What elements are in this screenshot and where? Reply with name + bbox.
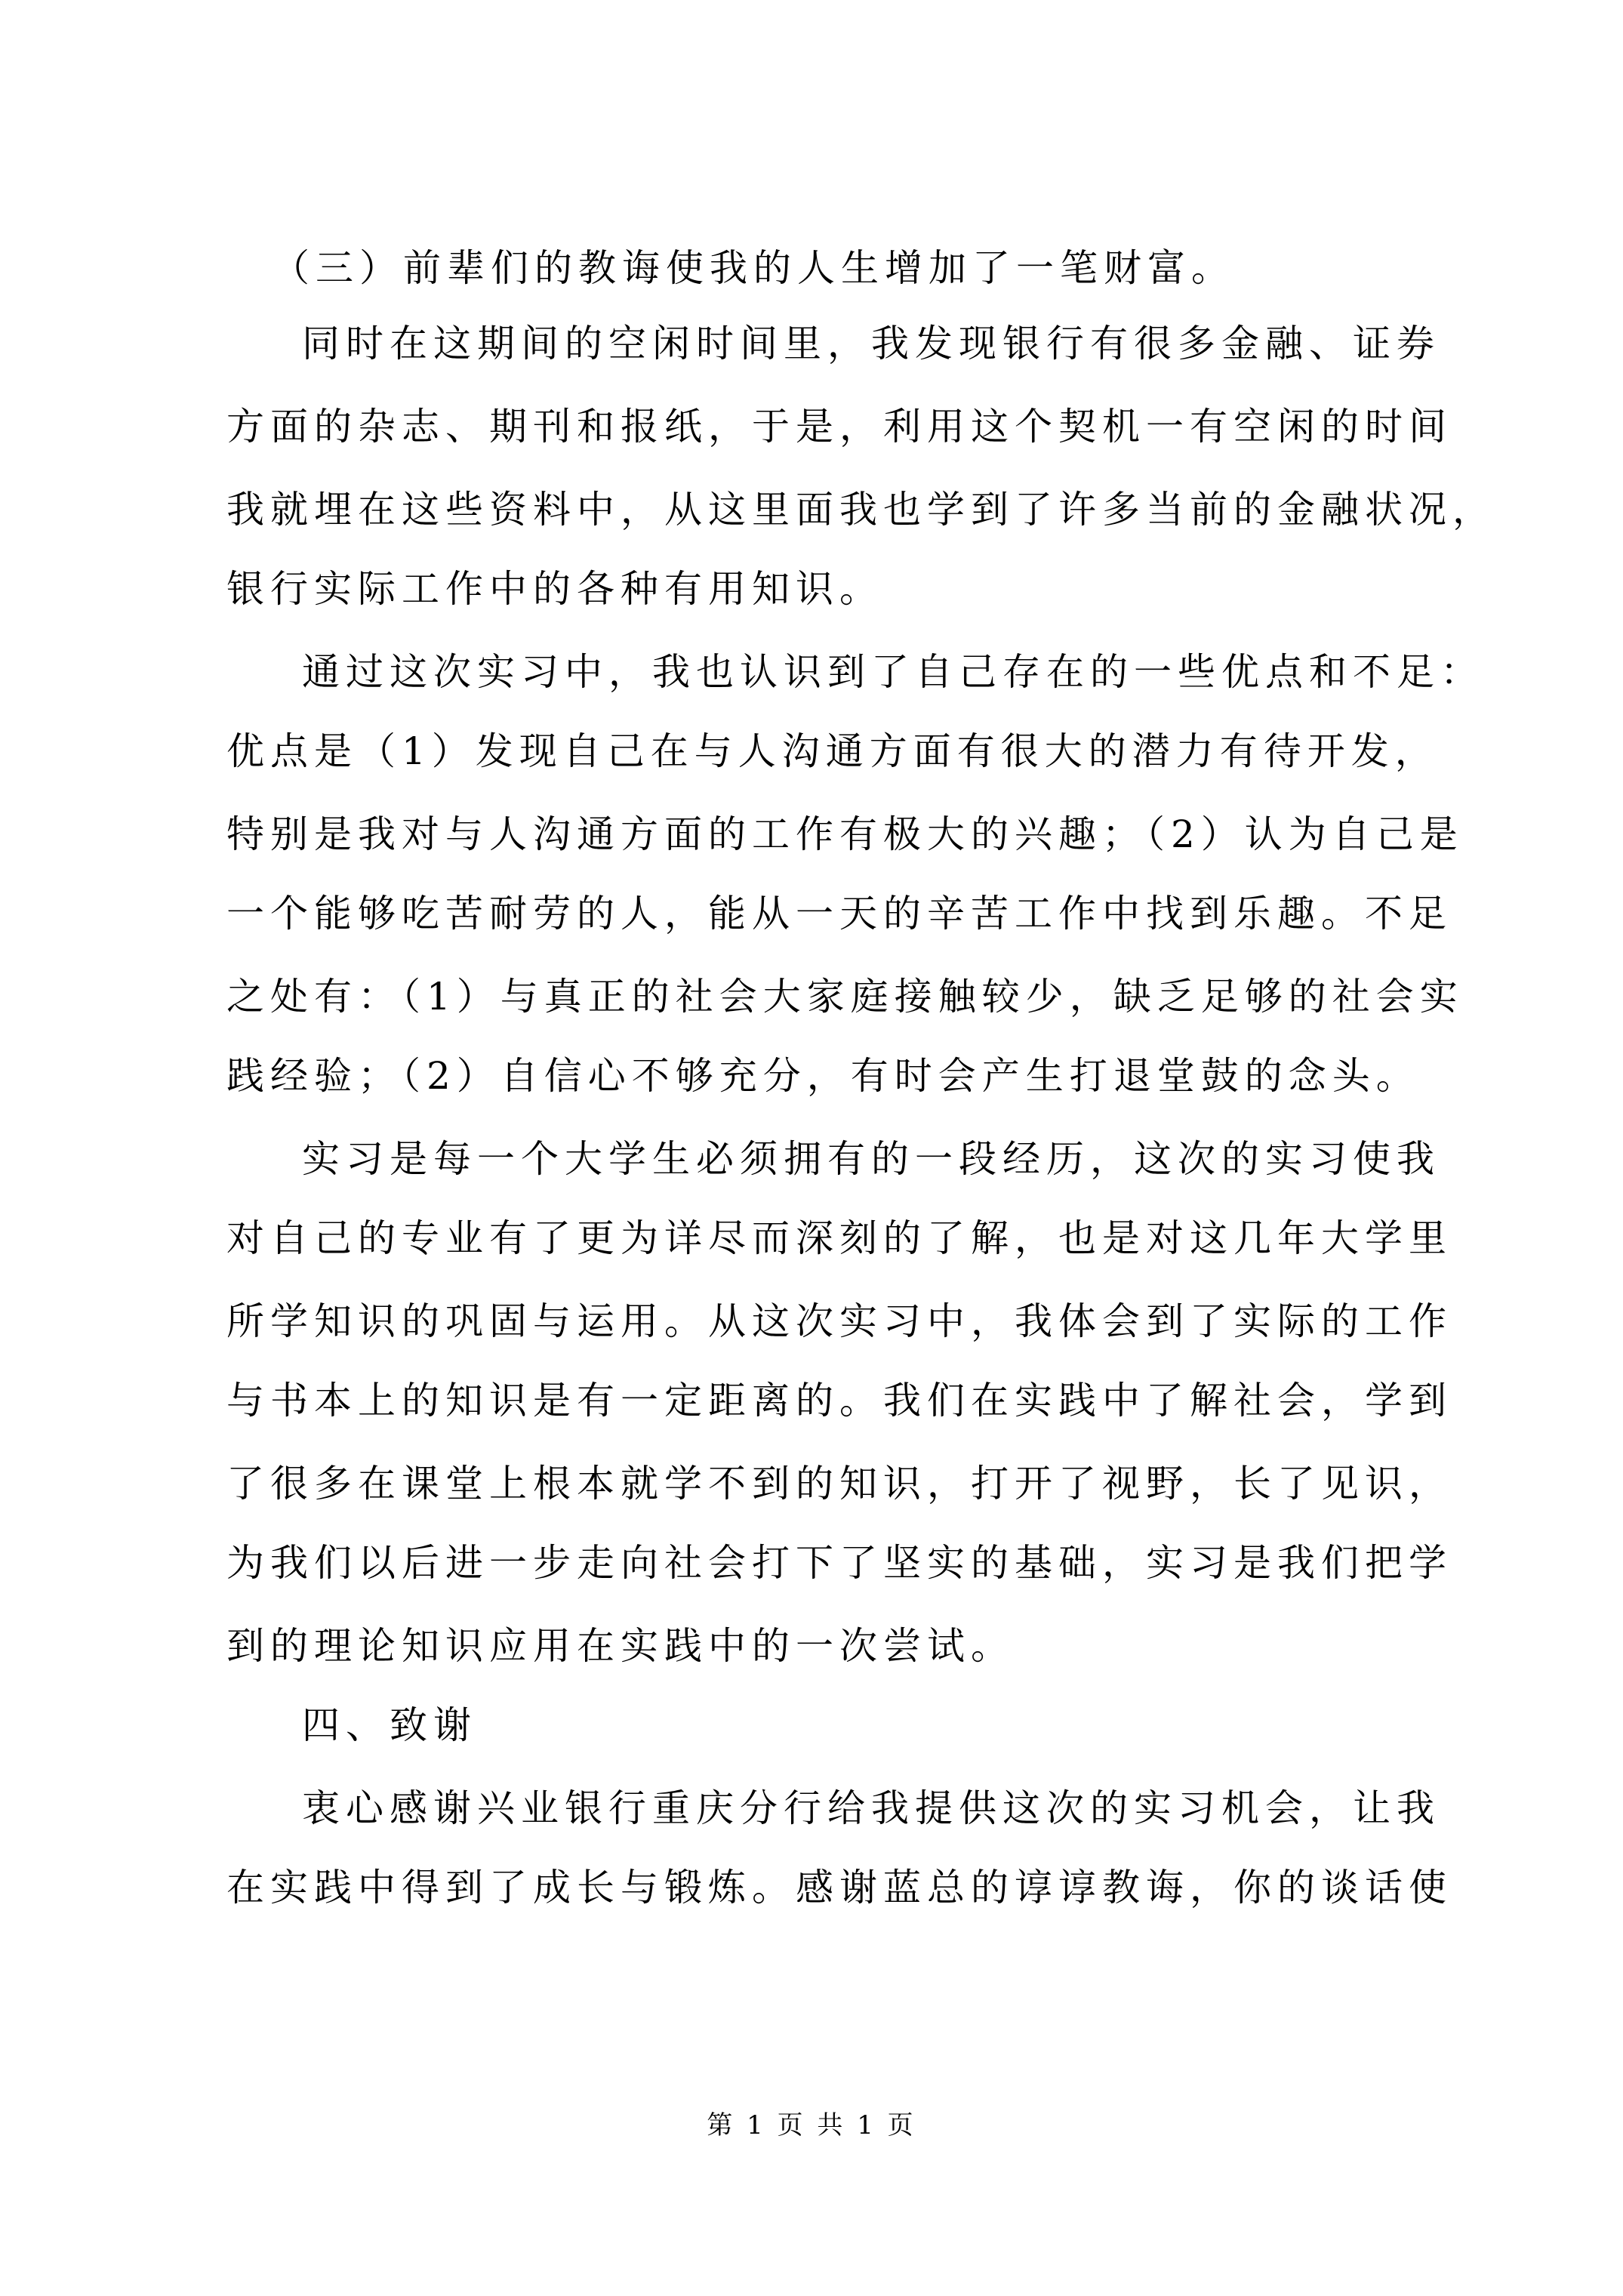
paragraph-line: 对自己的专业有了更为详尽而深刻的了解，也是对这几年大学里 xyxy=(226,1197,1452,1280)
paragraph-line: 所学知识的巩固与运用。从这次实习中，我体会到了实际的工作 xyxy=(226,1280,1452,1363)
paragraph-line: 我就埋在这些资料中，从这里面我也学到了许多当前的金融状况， xyxy=(226,468,1496,551)
paragraph-line: 为我们以后进一步走向社会打下了坚实的基础，实习是我们把学 xyxy=(226,1521,1452,1604)
page-footer: 第 1 页 共 1 页 xyxy=(0,2106,1623,2144)
paragraph-line: 方面的杂志、期刊和报纸，于是，利用这个契机一有空闲的时间 xyxy=(226,385,1452,468)
paragraph-line: 通过这次实习中，我也认识到了自己存在的一些优点和不足： xyxy=(302,630,1484,713)
paragraph-line: 在实践中得到了成长与锻炼。感谢蓝总的谆谆教诲，你的谈话使 xyxy=(226,1846,1452,1929)
paragraph-line: 一个能够吃苦耐劳的人，能从一天的辛苦工作中找到乐趣。不足 xyxy=(226,872,1452,955)
section-heading-three: （三）前辈们的教诲使我的人生增加了一笔财富。 xyxy=(272,227,1235,310)
paragraph-line: 之处有：（1）与真正的社会大家庭接触较少，缺乏足够的社会实 xyxy=(226,955,1464,1038)
paragraph-line: 衷心感谢兴业银行重庆分行给我提供这次的实习机会，让我 xyxy=(302,1767,1440,1850)
paragraph-line: 银行实际工作中的各种有用知识。 xyxy=(226,547,883,630)
paragraph-line: 践经验；（2）自信心不够充分，有时会产生打退堂鼓的念头。 xyxy=(226,1034,1420,1117)
paragraph-line: 优点是（1）发现自己在与人沟通方面有很大的潜力有待开发， xyxy=(226,710,1439,793)
paragraph-line: 特别是我对与人沟通方面的工作有极大的兴趣；（2）认为自己是 xyxy=(226,793,1464,876)
paragraph-line: 与书本上的知识是有一定距离的。我们在实践中了解社会，学到 xyxy=(226,1359,1452,1442)
document-page: （三）前辈们的教诲使我的人生增加了一笔财富。 同时在这期间的空闲时间里，我发现银… xyxy=(0,0,1623,2296)
paragraph-line: 了很多在课堂上根本就学不到的知识，打开了视野，长了见识， xyxy=(226,1442,1452,1525)
section-heading-acknowledgement: 四、致谢 xyxy=(302,1684,477,1767)
paragraph-line: 同时在这期间的空闲时间里，我发现银行有很多金融、证券 xyxy=(302,302,1440,385)
paragraph-line: 实习是每一个大学生必须拥有的一段经历，这次的实习使我 xyxy=(302,1117,1440,1200)
paragraph-line: 到的理论知识应用在实践中的一次尝试。 xyxy=(226,1604,1015,1687)
